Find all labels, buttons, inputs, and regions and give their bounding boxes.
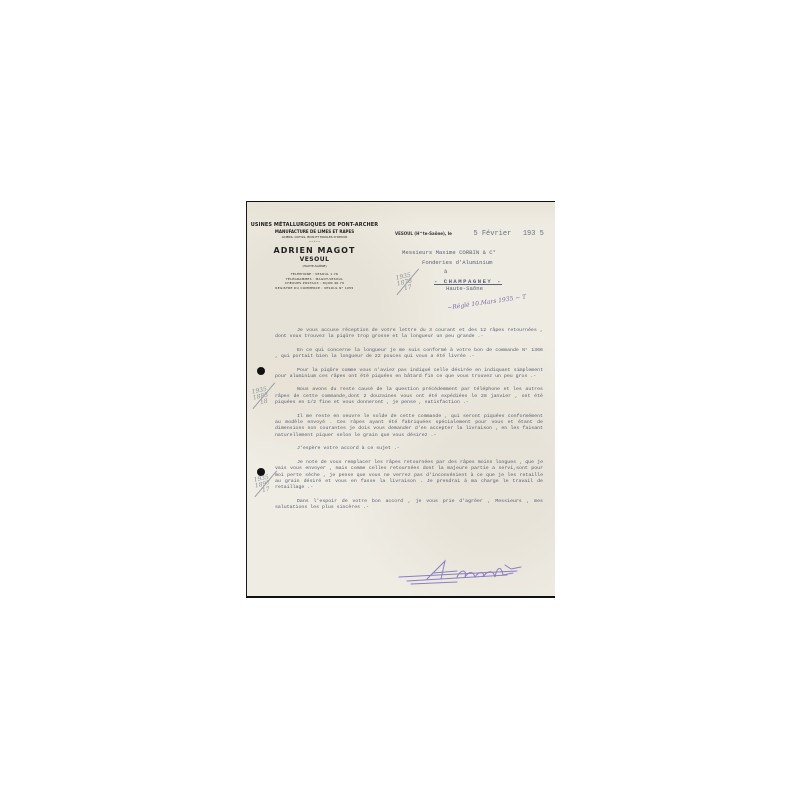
paragraph: Pour la piqûre comme vous n'aviez pas in… — [275, 368, 543, 381]
recipient-region: Haute-Saône — [446, 286, 552, 292]
letterhead-ornament: ~~•~~ — [247, 239, 382, 243]
recipient-preposition: à — [444, 267, 552, 277]
letterhead-activity: MANUFACTURE DE LIMES ET RAPES — [247, 229, 382, 234]
dateline-date: 5 Février — [473, 230, 511, 238]
letterhead-contact: TÉLÉPHONE : VESOUL 1.76 TÉLÉGRAMMES : MA… — [247, 272, 382, 290]
pencil-note-line: 18 — [260, 398, 270, 406]
recipient-name: Messieurs Maxime CORBIN & C° — [402, 248, 552, 258]
pencil-note-3: 1935 1897 17 — [253, 475, 272, 496]
payment-stamp: ~Réglé 10.Mars 1935 ~ T — [447, 293, 527, 311]
paragraph: Je vous accuse réception de votre lettre… — [275, 328, 543, 341]
recipient-address: Messieurs Maxime CORBIN & C° Fonderies d… — [402, 248, 552, 292]
paragraph: J'espère votre accord à ce sujet .- — [275, 446, 543, 452]
paragraph: Il me reste en oeuvre le solde de cette … — [275, 414, 543, 440]
letterhead-city: VESOUL — [247, 256, 382, 263]
dateline-year: 193 5 — [523, 230, 544, 238]
recipient-company: Fonderies d'Aluminium — [422, 258, 552, 268]
signature — [397, 557, 537, 587]
signature-scribble — [397, 557, 537, 587]
paragraph: Nous avons du reste causé de la question… — [275, 387, 543, 406]
punch-hole-top — [257, 367, 265, 375]
dateline-place: VESOUL (H^te-Saône), le — [395, 231, 452, 236]
pencil-note-1: 1935 1878 17 — [395, 273, 414, 294]
contact-trade-register: REGISTRE DU COMMERCE : VESOUL N° 1955 — [247, 286, 382, 291]
pencil-note-2: 1935 1883 18 — [251, 387, 270, 408]
paragraph: Dans l'espoir de votre bon accord , je v… — [275, 499, 543, 512]
letterhead-name: ADRIEN MAGOT — [247, 246, 382, 255]
dateline: VESOUL (H^te-Saône), le 5 Février 193 5 — [395, 230, 544, 238]
letter-page: USINES MÉTALLURGIQUES DE PONT-ARCHER MAN… — [246, 201, 555, 598]
letter-body: Je vous accuse réception de votre lettre… — [275, 328, 543, 519]
pencil-note-line: 17 — [262, 486, 272, 494]
letterhead-company: USINES MÉTALLURGIQUES DE PONT-ARCHER — [247, 222, 382, 228]
letterhead-department: (HAUTE-SAÔNE) — [247, 264, 382, 268]
letterhead: USINES MÉTALLURGIQUES DE PONT-ARCHER MAN… — [247, 222, 382, 290]
paragraph: En ce qui concerne la longueur je me sui… — [275, 348, 543, 361]
paragraph: Je note de vous remplacer les râpes reto… — [275, 460, 543, 492]
